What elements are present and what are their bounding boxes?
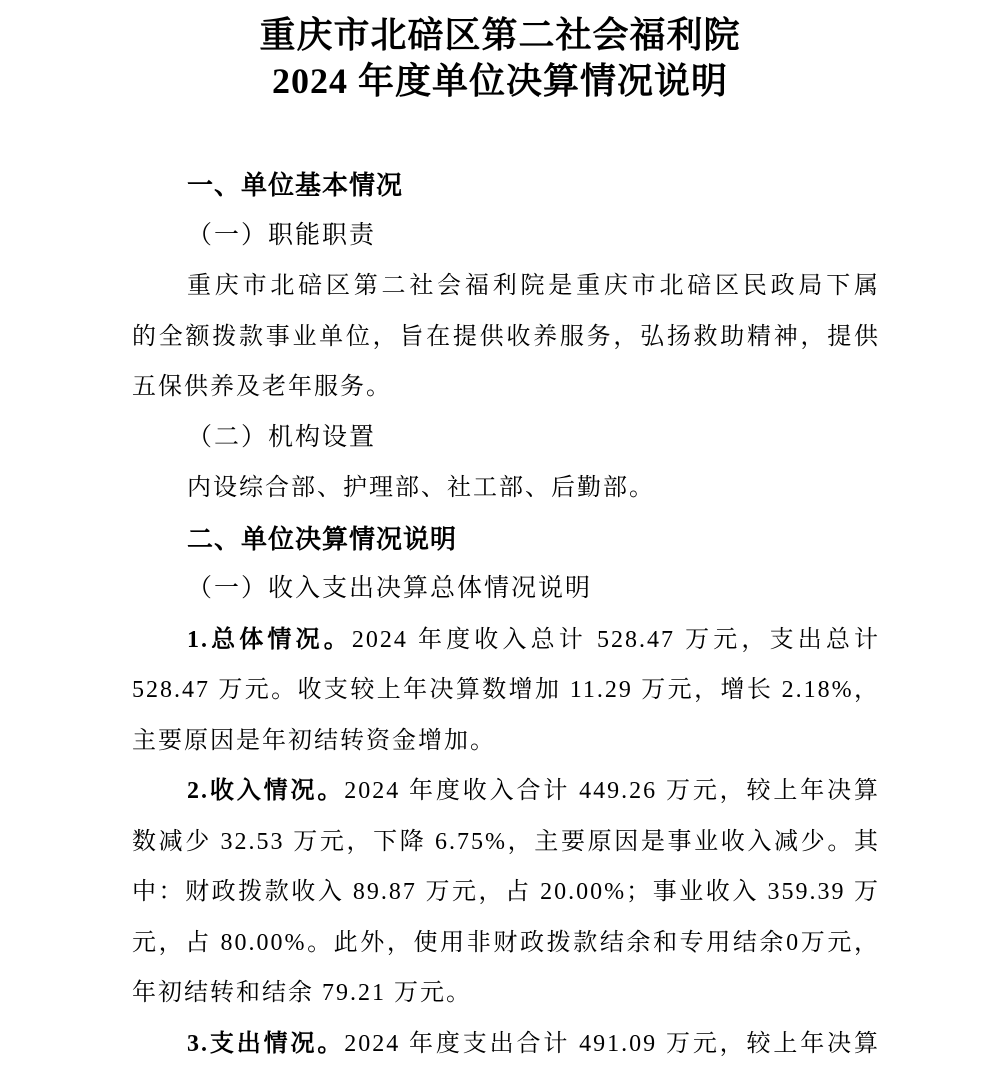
para3-lead-label: 3.支出情况。 [187, 1031, 344, 1057]
paragraph-line: 528.47 万元。收支较上年决算数增加 11.29 万元，增长 2.18%， [132, 665, 880, 716]
paragraph-line: 2.收入情况。2024 年度收入合计 449.26 万元，较上年决算 [132, 766, 880, 817]
paragraph-line: 3.支出情况。2024 年度支出合计 491.09 万元，较上年决算 [132, 1019, 880, 1068]
para3-line1-text: 2024 年度支出合计 491.09 万元，较上年决算 [344, 1031, 880, 1057]
section1-sub1-heading: （一）职能职责 [132, 211, 880, 262]
paragraph-line: 内设综合部、护理部、社工部、后勤部。 [132, 463, 880, 514]
document-page: 重庆市北碚区第二社会福利院 2024 年度单位决算情况说明 一、单位基本情况 （… [0, 0, 1000, 1068]
paragraph-line: 中：财政拨款收入 89.87 万元，占 20.00%；事业收入 359.39 万 [132, 867, 880, 918]
paragraph-line: 的全额拨款事业单位，旨在提供收养服务，弘扬救助精神，提供 [132, 312, 880, 363]
section1-heading: 一、单位基本情况 [132, 160, 880, 211]
paragraph-line: 1.总体情况。2024 年度收入总计 528.47 万元，支出总计 [132, 615, 880, 666]
paragraph-line: 重庆市北碚区第二社会福利院是重庆市北碚区民政局下属 [132, 261, 880, 312]
section2-sub1-heading: （一）收入支出决算总体情况说明 [132, 564, 880, 615]
section1-sub2-heading: （二）机构设置 [132, 413, 880, 464]
section2-heading: 二、单位决算情况说明 [132, 514, 880, 565]
paragraph-line: 五保供养及老年服务。 [132, 362, 880, 413]
para1-line1-text: 2024 年度收入总计 528.47 万元，支出总计 [352, 627, 880, 653]
paragraph-line: 元，占 80.00%。此外，使用非财政拨款结余和专用结余0万元， [132, 918, 880, 969]
document-title-line2: 2024 年度单位决算情况说明 [0, 58, 1000, 104]
document-title: 重庆市北碚区第二社会福利院 2024 年度单位决算情况说明 [0, 12, 1000, 104]
para2-line1-text: 2024 年度收入合计 449.26 万元，较上年决算 [344, 778, 880, 804]
paragraph-line: 年初结转和结余 79.21 万元。 [132, 968, 880, 1019]
paragraph-line: 主要原因是年初结转资金增加。 [132, 716, 880, 767]
para2-lead-label: 2.收入情况。 [187, 778, 344, 804]
paragraph-line: 数减少 32.53 万元，下降 6.75%，主要原因是事业收入减少。其 [132, 817, 880, 868]
para1-lead-label: 1.总体情况。 [187, 627, 352, 653]
document-title-line1: 重庆市北碚区第二社会福利院 [0, 12, 1000, 58]
document-body: 一、单位基本情况 （一）职能职责 重庆市北碚区第二社会福利院是重庆市北碚区民政局… [132, 160, 880, 1068]
